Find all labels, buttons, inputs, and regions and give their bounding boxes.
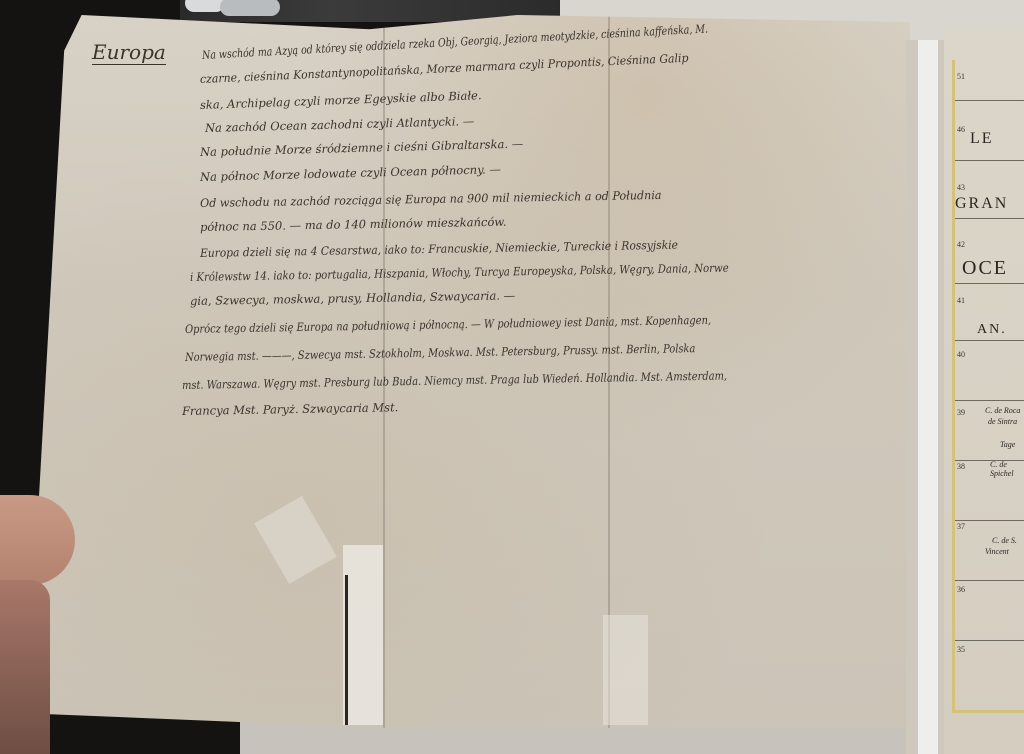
map-place: C. de S. <box>992 536 1017 545</box>
binding-strip <box>918 40 938 754</box>
latitude-tick: 37 <box>957 522 965 531</box>
repair-tape <box>343 545 383 725</box>
latitude-tick: 51 <box>957 72 965 81</box>
map-place: Tage <box>1000 440 1015 449</box>
latitude-tick: 36 <box>957 585 965 594</box>
map-grid-line <box>955 580 1024 581</box>
latitude-tick: 41 <box>957 296 965 305</box>
map-label: AN. <box>977 322 1007 338</box>
map-border <box>952 60 1024 713</box>
latitude-tick: 39 <box>957 408 965 417</box>
repair-tape <box>254 496 337 584</box>
latitude-tick: 46 <box>957 125 965 134</box>
pen-object <box>220 0 280 16</box>
page-tear <box>345 575 348 725</box>
map-place: C. de Roca <box>985 406 1020 415</box>
manuscript-title: Europa <box>92 40 166 65</box>
latitude-tick: 40 <box>957 350 965 359</box>
map-grid-line <box>955 640 1024 641</box>
map-grid-line <box>955 520 1024 521</box>
map-label: LE <box>970 130 994 148</box>
hand <box>0 580 50 754</box>
latitude-tick: 42 <box>957 240 965 249</box>
latitude-tick: 38 <box>957 462 965 471</box>
map-grid-line <box>955 160 1024 161</box>
map-place: Vincent <box>985 547 1009 556</box>
map-grid-line <box>955 283 1024 284</box>
latitude-tick: 43 <box>957 183 965 192</box>
map-place: de Sintra <box>988 417 1017 426</box>
latitude-tick: 35 <box>957 645 965 654</box>
repair-tape <box>603 615 648 725</box>
map-label: OCE <box>962 257 1008 280</box>
map-grid-line <box>955 340 1024 341</box>
map-grid-line <box>955 100 1024 101</box>
pen-object <box>185 0 225 12</box>
map-grid-line <box>955 218 1024 219</box>
map-grid-line <box>955 400 1024 401</box>
map-place: C. de Spichel <box>990 460 1024 478</box>
map-label: GRAN <box>955 195 1008 213</box>
